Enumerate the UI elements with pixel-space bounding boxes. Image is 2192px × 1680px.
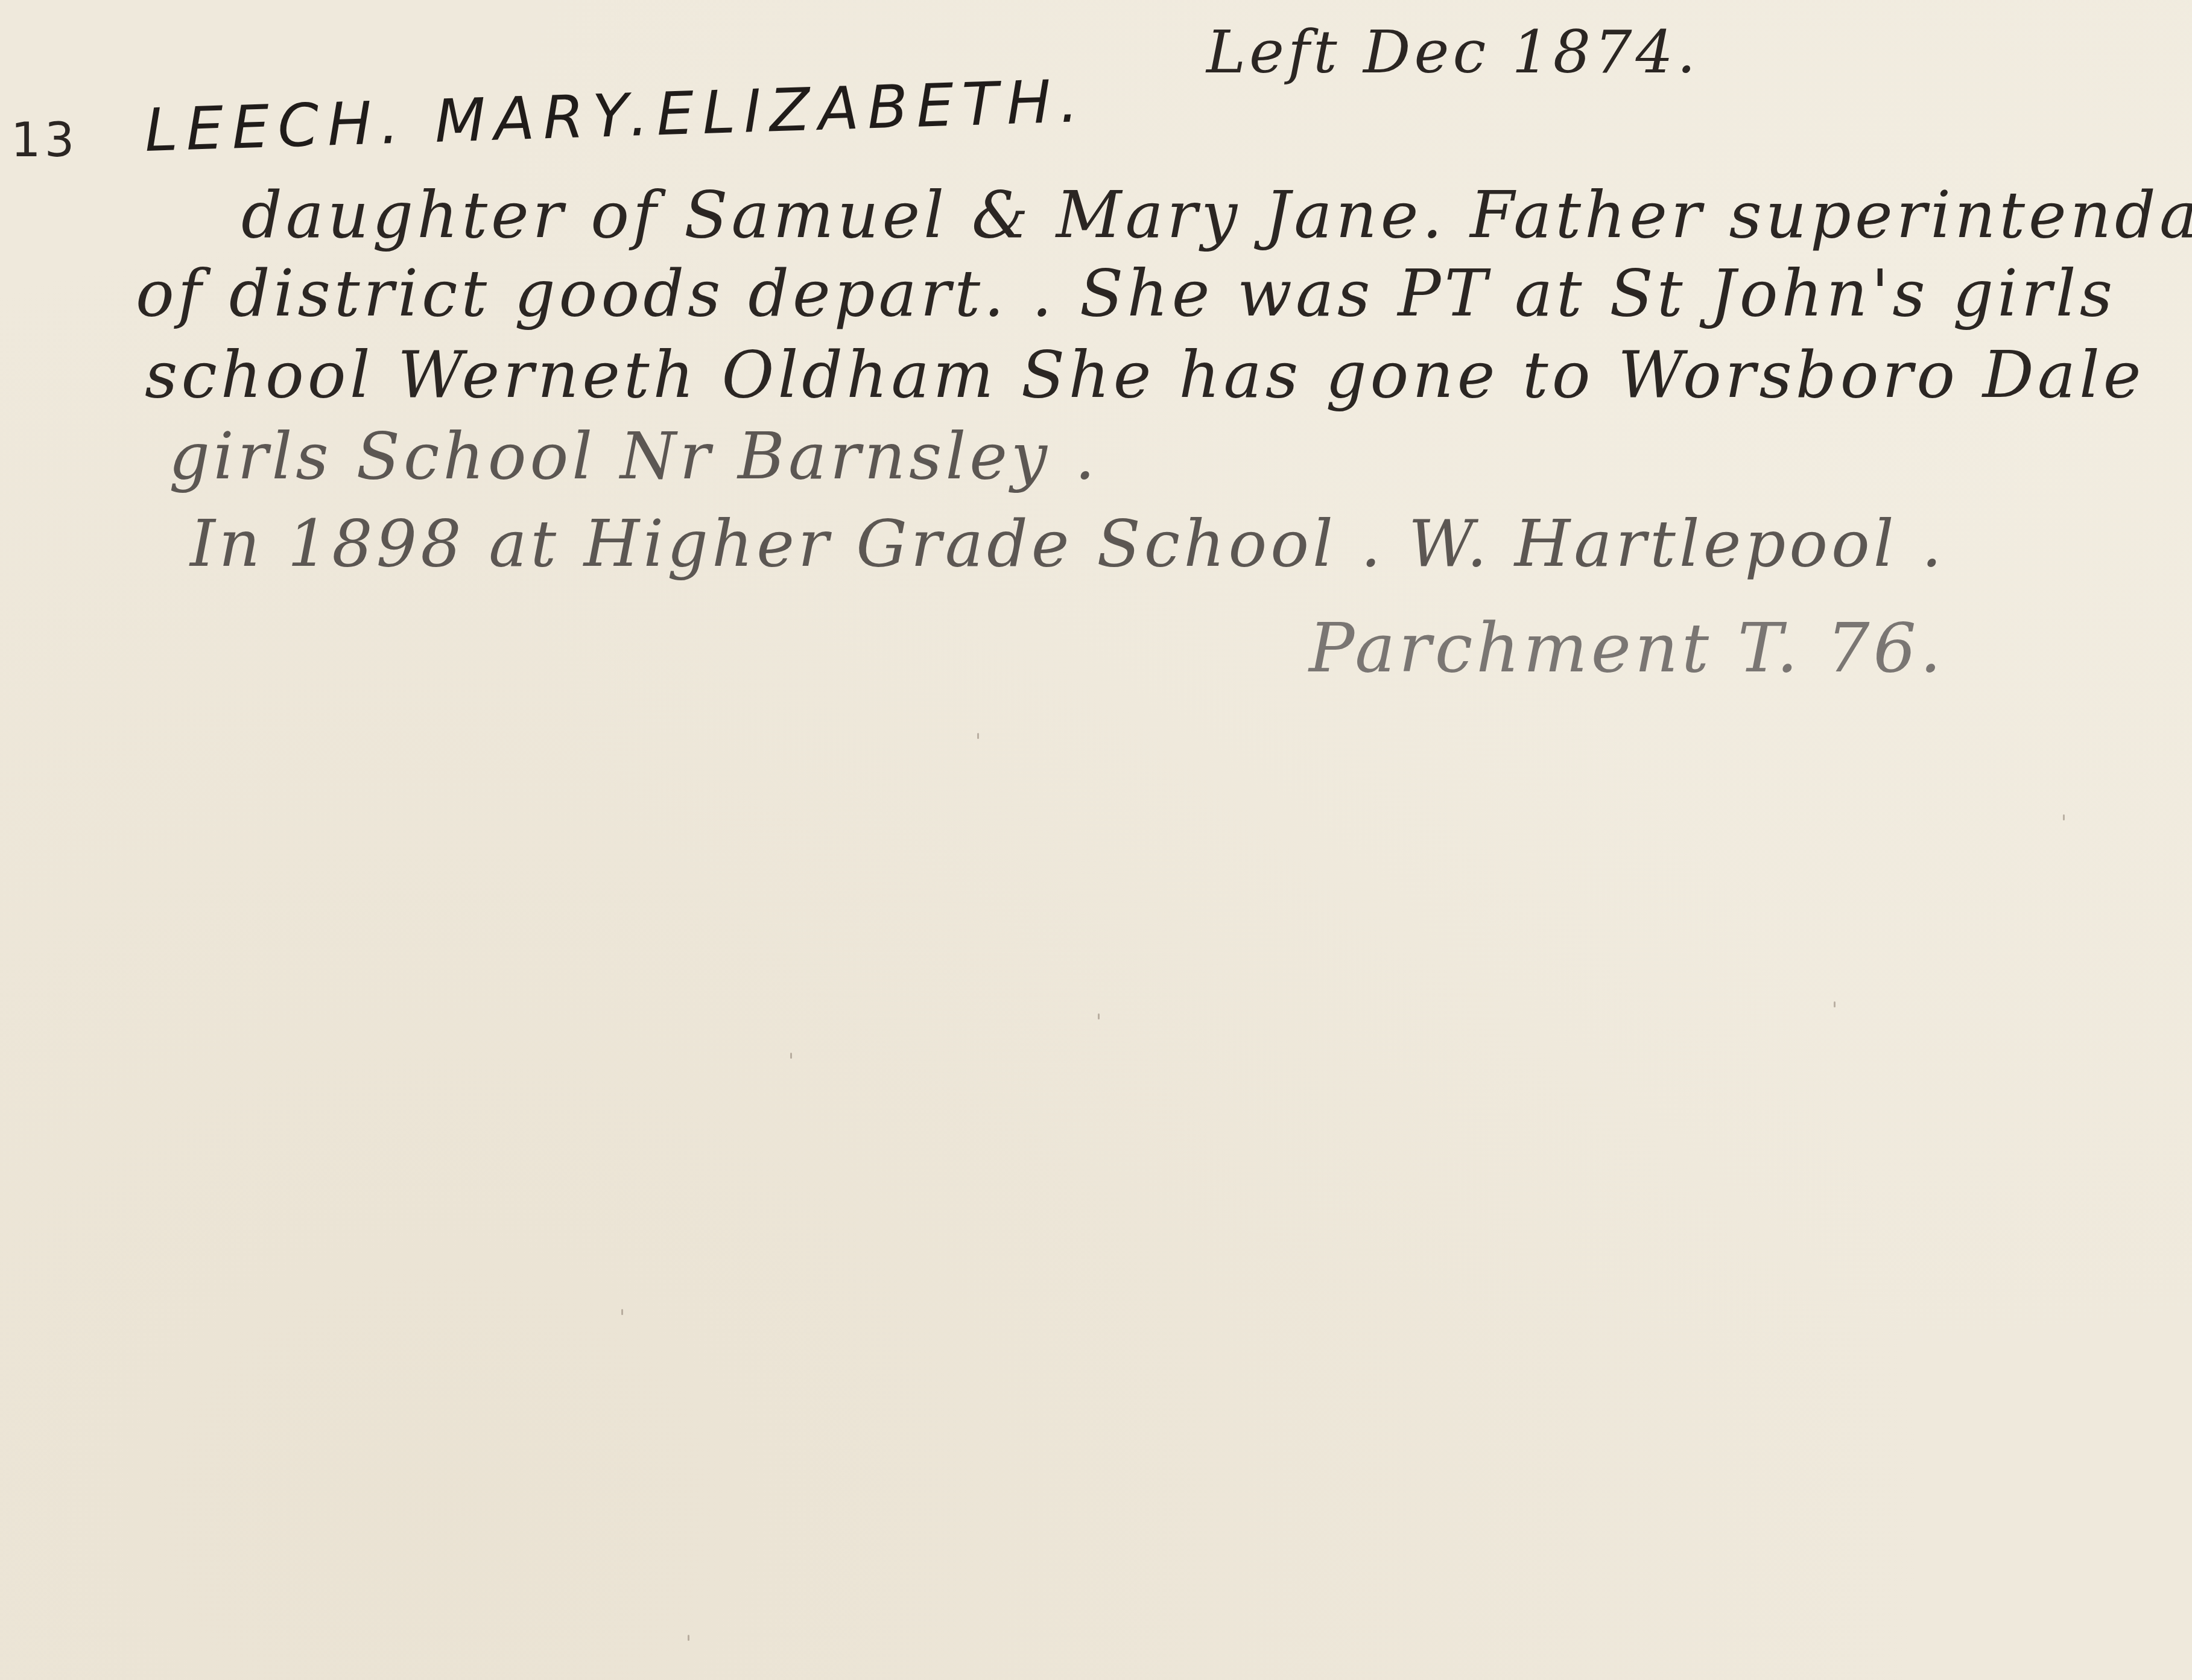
paper-speck [790,1053,792,1059]
entry-name: LEECH. MARY.ELIZABETH. [144,67,1088,165]
paper-speck [621,1309,623,1315]
entry-line-later-note: In 1898 at Higher Grade School . W. Hart… [190,507,1945,581]
entry-line-destination: girls School Nr Barnsley . [169,419,1098,493]
paper-speck [688,1635,689,1641]
left-date-note: Left Dec 1874. [1206,18,1699,87]
entry-line-employment: of district goods depart. . She was PT a… [136,256,2116,331]
paper-speck [2063,814,2065,820]
entry-line-school: school Werneth Oldham She has gone to Wo… [145,338,2145,412]
entry-line-parentage: daughter of Samuel & Mary Jane. Father s… [241,178,2192,252]
paper-speck [1098,1013,1100,1019]
paper-speck [1834,1001,1836,1007]
entry-line-parchment: Parchment T. 76. [1309,609,1945,688]
paper-speck [977,733,979,739]
entry-number: 13 [11,113,78,168]
register-page: 13 LEECH. MARY.ELIZABETH. Left Dec 1874.… [0,0,2192,1680]
